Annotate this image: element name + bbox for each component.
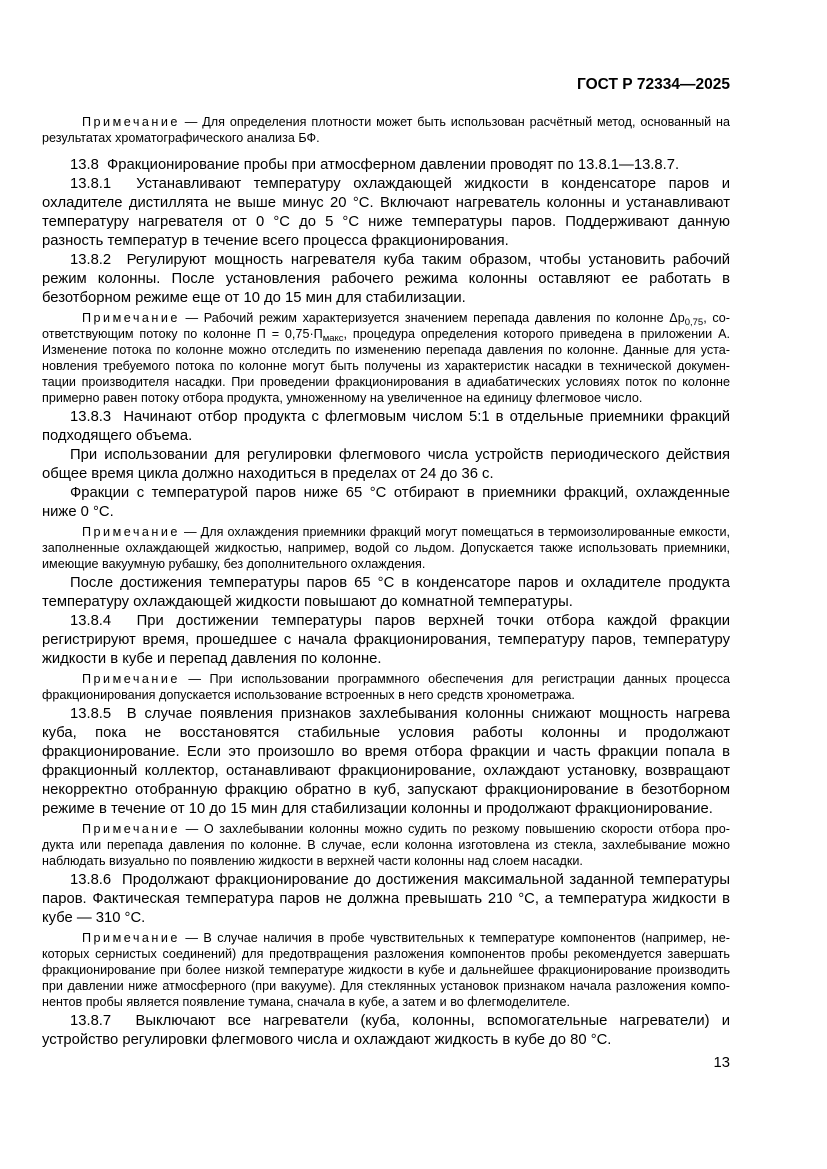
clause-13-8-7: 13.8.7 Выключают все нагреватели (куба, … <box>42 1012 730 1050</box>
note-flooding: Примечание — О захлебывании колонны можн… <box>42 821 730 869</box>
standard-designation: ГОСТ Р 72334—2025 <box>577 76 730 93</box>
note-label: Примечание <box>82 672 180 686</box>
running-header: ГОСТ Р 72334—2025 <box>42 76 730 94</box>
note-label: Примечание <box>82 931 180 945</box>
page-number: 13 <box>42 1054 730 1072</box>
clause-13-8-2: 13.8.2 Регулируют мощность нагревателя к… <box>42 251 730 308</box>
clause-13-8-5: 13.8.5 В случае появления признаков захл… <box>42 705 730 819</box>
note-label: Примечание <box>82 525 180 539</box>
note-receivers-cooling: Примечание — Для охлаждения приемники фр… <box>42 524 730 572</box>
note-density: Примечание — Для определения плотности м… <box>42 114 730 146</box>
clause-13-8-3: 13.8.3 Начинают отбор продукта с флегмов… <box>42 408 730 446</box>
note-working-mode: Примечание — Рабочий режим характеризует… <box>42 310 730 406</box>
note-label: Примечание <box>82 822 180 836</box>
note-software-timing: Примечание — При использовании программн… <box>42 671 730 703</box>
clause-13-8-1: 13.8.1 Устанавливают температуру охлажда… <box>42 175 730 251</box>
note-label: Примечание <box>82 311 180 325</box>
document-content: Примечание — Для определения плотности м… <box>42 112 730 1050</box>
clause-13-8: 13.8 Фракционирование пробы при атмосфер… <box>42 156 730 175</box>
note-decomposition: Примечание — В случае наличия в пробе чу… <box>42 930 730 1010</box>
note-label: Примечание <box>82 115 180 129</box>
para-after-65: После достижения температуры паров 65 °С… <box>42 574 730 612</box>
gost-document-page: ГОСТ Р 72334—2025 Примечание — Для опред… <box>0 0 827 1169</box>
note-working-mode-intro: — Рабочий режим характеризуется значение… <box>180 311 685 325</box>
clause-13-8-6: 13.8.6 Продолжают фракционирование до до… <box>42 871 730 928</box>
para-reflux-cycle-time: При использовании для регулировки флегмо… <box>42 446 730 484</box>
clause-13-8-4: 13.8.4 При достижении температуры паров … <box>42 612 730 669</box>
para-cold-fractions: Фракции с температурой паров ниже 65 °С … <box>42 484 730 522</box>
